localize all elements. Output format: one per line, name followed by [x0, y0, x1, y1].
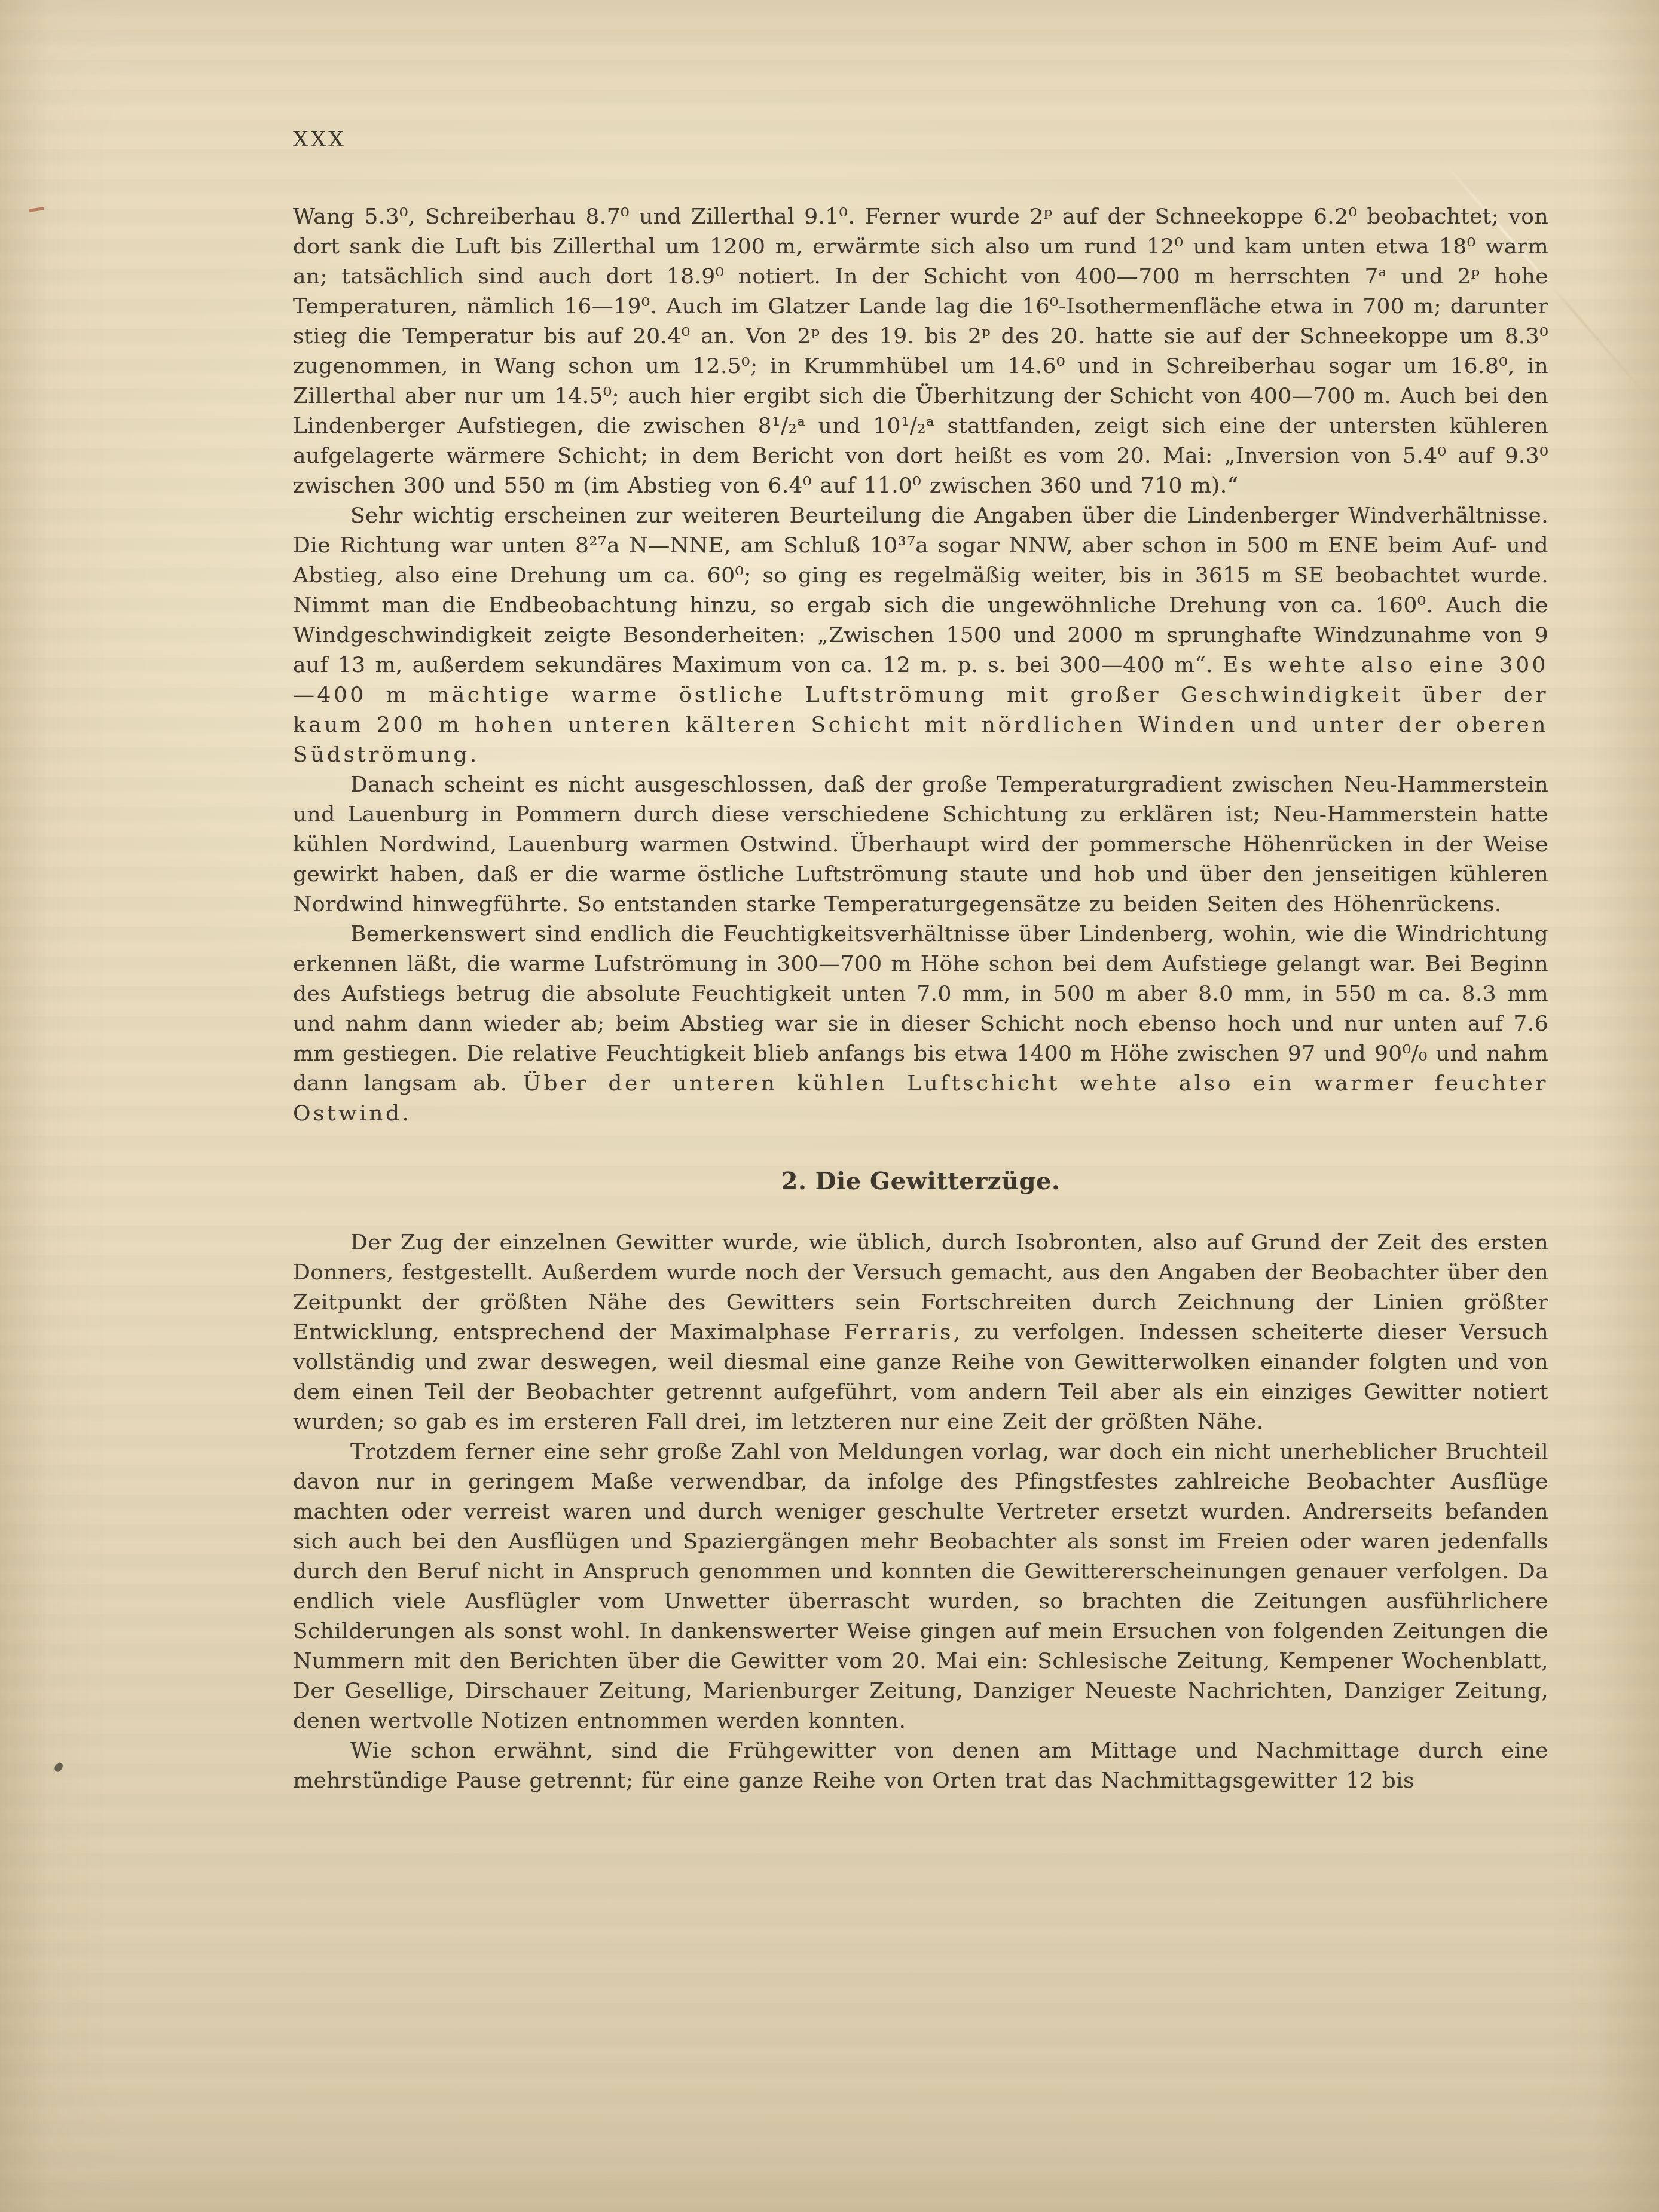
- paragraph-segment: Danach scheint es nicht ausgeschlossen, …: [293, 772, 1548, 916]
- paragraph: Der Zug der einzelnen Gewitter wurde, wi…: [293, 1228, 1548, 1437]
- paragraph-segment: Wie schon erwähnt, sind die Frühgewitter…: [293, 1739, 1548, 1793]
- paragraph: Wie schon erwähnt, sind die Frühgewitter…: [293, 1736, 1548, 1796]
- paragraph: Trotzdem ferner eine sehr große Zahl von…: [293, 1437, 1548, 1736]
- paragraph-segment: Bemerkenswert sind endlich die Feuchtigk…: [293, 922, 1548, 1096]
- red-pencil-mark: [29, 207, 44, 212]
- section-heading: 2. Die Gewitterzüge.: [293, 1167, 1548, 1196]
- text-sections: Wang 5.3⁰, Schreiberhau 8.7⁰ und Zillert…: [293, 202, 1548, 1796]
- paragraph: Danach scheint es nicht ausgeschlossen, …: [293, 770, 1548, 919]
- paragraph-segment: Wang 5.3⁰, Schreiberhau 8.7⁰ und Zillert…: [293, 204, 1548, 498]
- page-number: XXX: [293, 127, 1548, 153]
- paragraph: Wang 5.3⁰, Schreiberhau 8.7⁰ und Zillert…: [293, 202, 1548, 501]
- paragraph: Sehr wichtig erscheinen zur weiteren Beu…: [293, 501, 1548, 770]
- document-page: XXX Wang 5.3⁰, Schreiberhau 8.7⁰ und Zil…: [0, 0, 1659, 2212]
- paragraph-segment: Trotzdem ferner eine sehr große Zahl von…: [293, 1440, 1548, 1733]
- paragraph-segment: Sehr wichtig erscheinen zur weiteren Beu…: [293, 503, 1548, 677]
- paragraph-segment: Ferraris: [844, 1320, 954, 1345]
- ink-speck: [53, 1761, 63, 1773]
- text-column: XXX Wang 5.3⁰, Schreiberhau 8.7⁰ und Zil…: [293, 127, 1548, 1796]
- paragraph: Bemerkenswert sind endlich die Feuchtigk…: [293, 919, 1548, 1129]
